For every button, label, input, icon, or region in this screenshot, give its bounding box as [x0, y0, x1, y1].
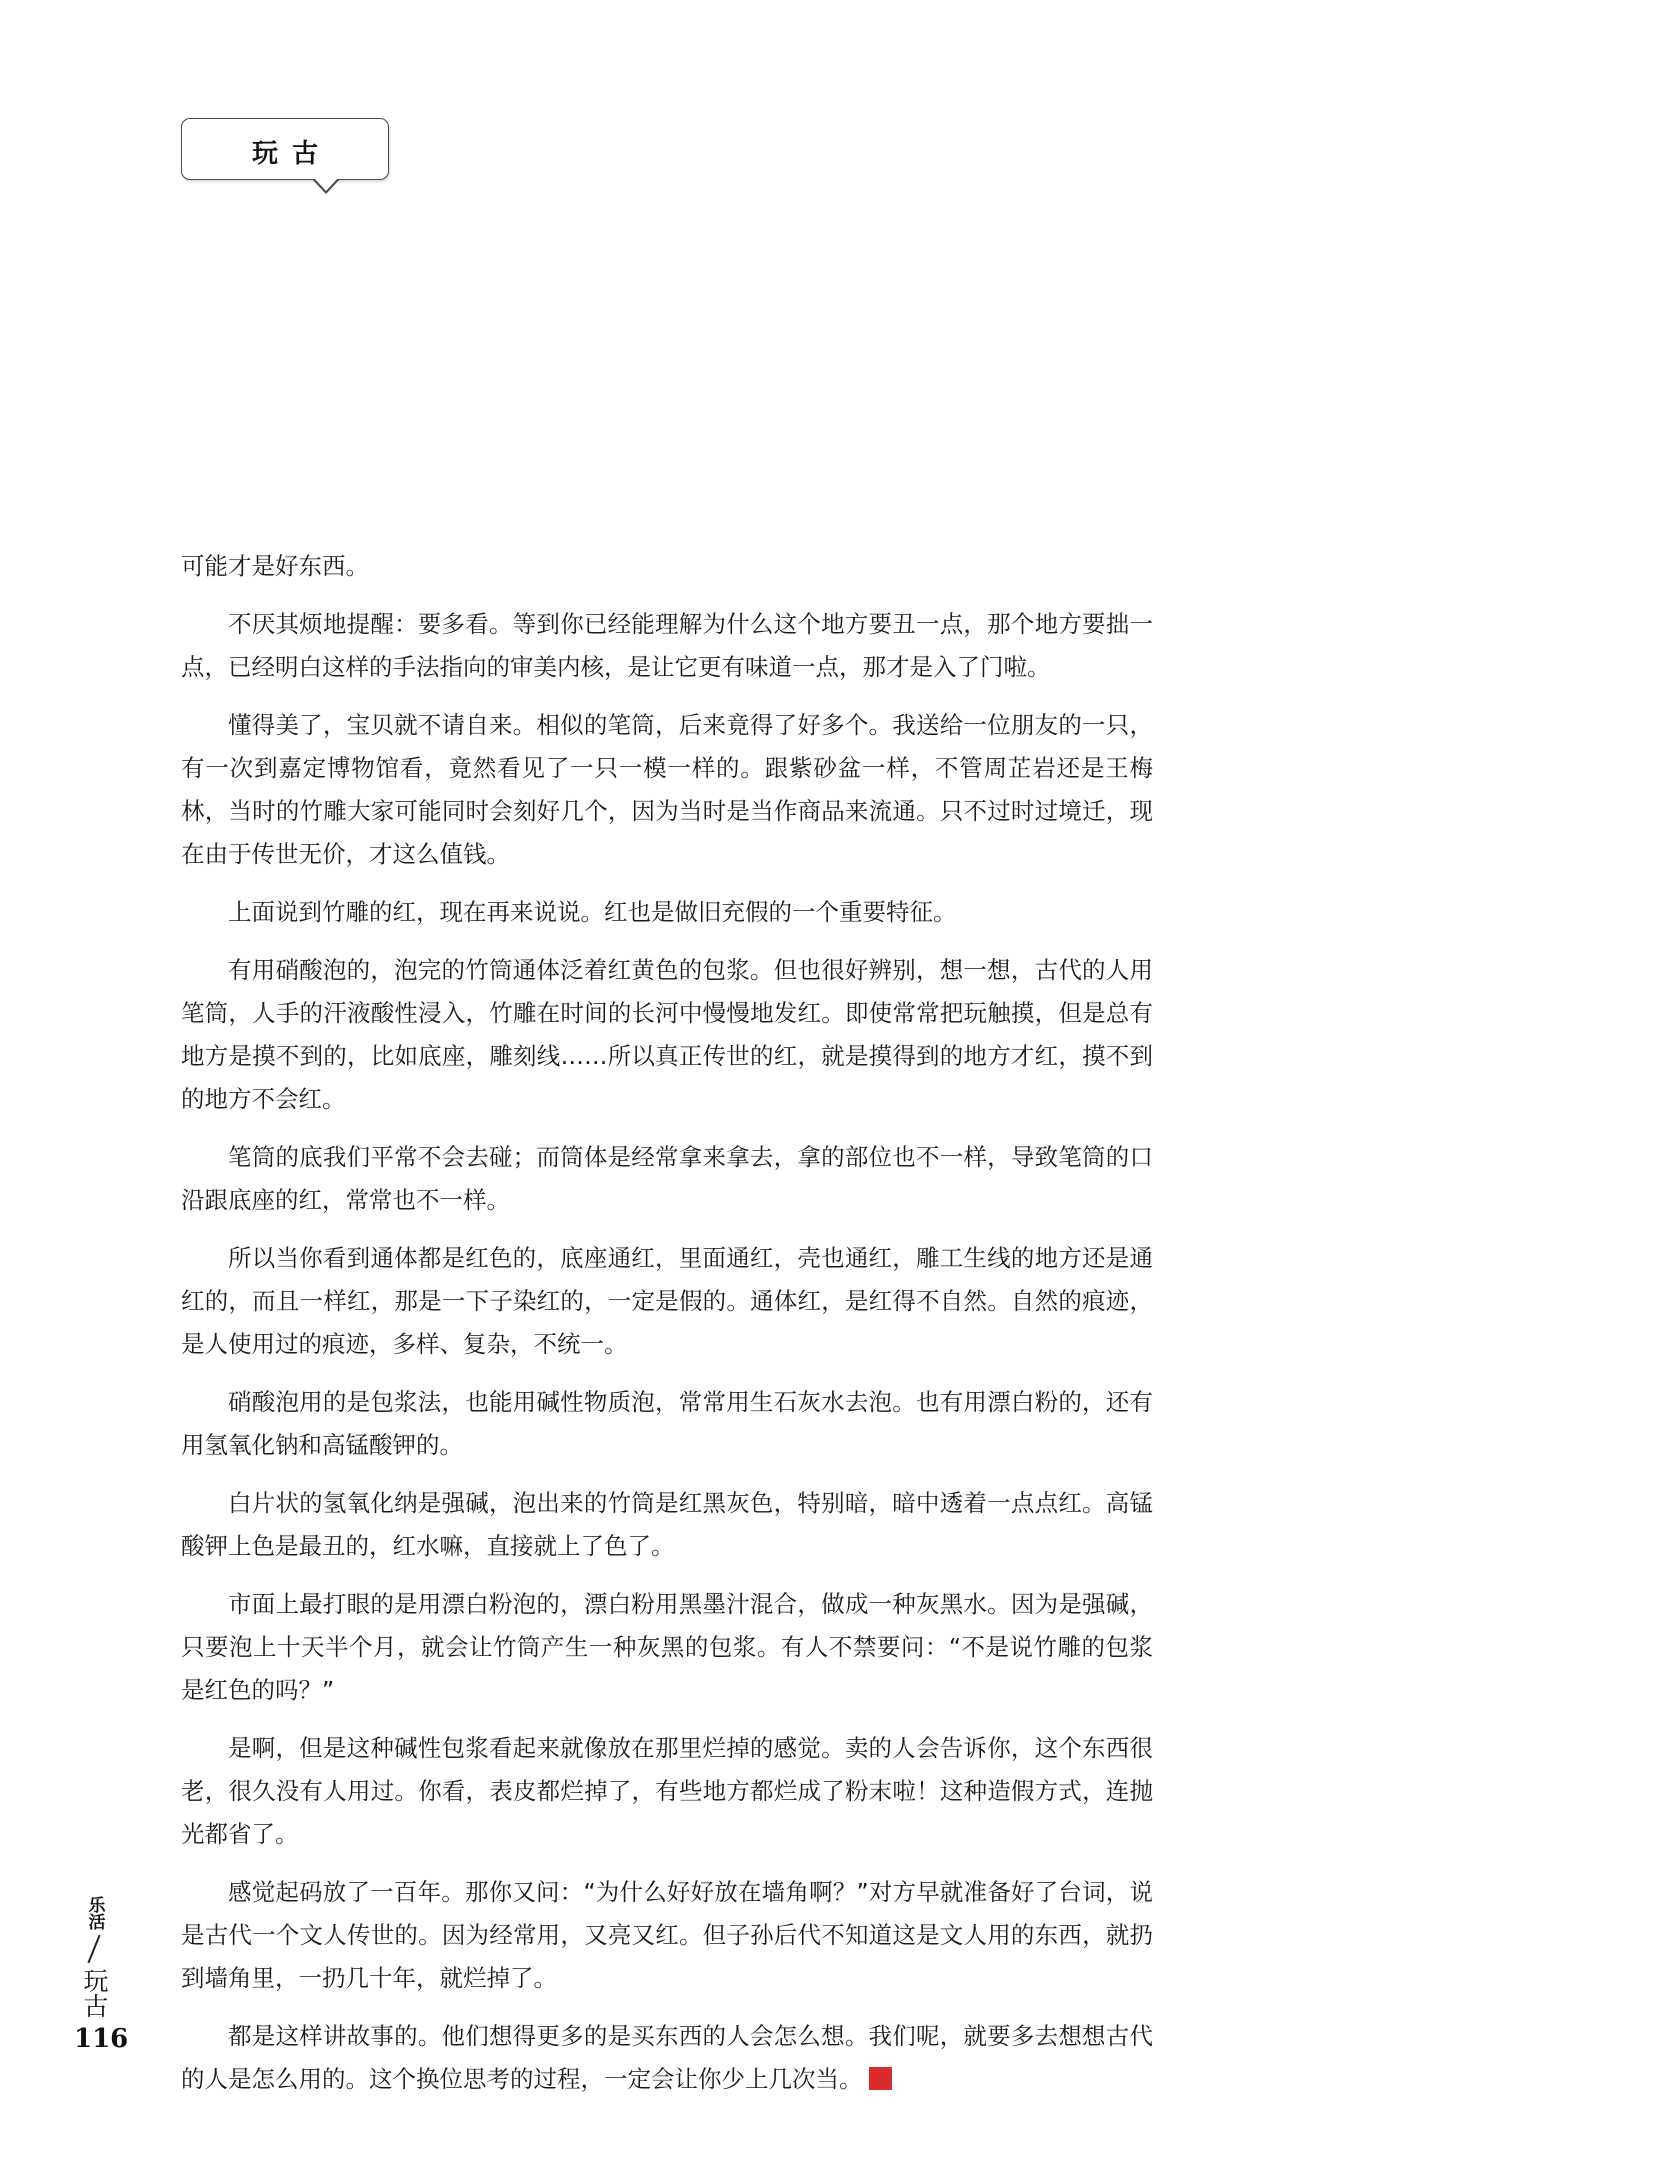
section-tab: 玩古	[181, 118, 389, 180]
tab-pointer-fill	[314, 178, 338, 191]
paragraph: 感觉起码放了一百年。那你又问：“为什么好好放在墙角啊？”对方早就准备好了台词，说…	[181, 1871, 1153, 2000]
chapter-label: 玩古	[80, 1968, 108, 2018]
article-body: 可能才是好东西。 不厌其烦地提醒：要多看。等到你已经能理解为什么这个地方要丑一点…	[181, 545, 1153, 2116]
paragraph-text: 都是这样讲故事的。他们想得更多的是买东西的人会怎么想。我们呢，就要多去想想古代的…	[181, 2022, 1153, 2093]
paragraph: 有用硝酸泡的，泡完的竹筒通体泛着红黄色的包浆。但也很好辨别，想一想，古代的人用笔…	[181, 949, 1153, 1121]
paragraph: 是啊，但是这种碱性包浆看起来就像放在那里烂掉的感觉。卖的人会告诉你，这个东西很老…	[181, 1727, 1153, 1856]
section-tab-label: 玩古	[182, 133, 388, 170]
series-label: 乐活	[85, 1896, 104, 1930]
paragraph: 上面说到竹雕的红，现在再来说说。红也是做旧充假的一个重要特征。	[181, 891, 1153, 934]
end-mark-icon	[869, 2067, 892, 2090]
paragraph: 所以当你看到通体都是红色的，底座通红，里面通红，壳也通红，雕工生线的地方还是通红…	[181, 1237, 1153, 1366]
paragraph: 市面上最打眼的是用漂白粉泡的，漂白粉用黑墨汁混合，做成一种灰黑水。因为是强碱，只…	[181, 1583, 1153, 1712]
last-paragraph: 都是这样讲故事的。他们想得更多的是买东西的人会怎么想。我们呢，就要多去想想古代的…	[181, 2015, 1153, 2101]
paragraph: 懂得美了，宝贝就不请自来。相似的笔筒，后来竟得了好多个。我送给一位朋友的一只，有…	[181, 704, 1153, 876]
paragraph: 笔筒的底我们平常不会去碰；而筒体是经常拿来拿去，拿的部位也不一样，导致笔筒的口沿…	[181, 1136, 1153, 1222]
paragraph: 硝酸泡用的是包浆法，也能用碱性物质泡，常常用生石灰水去泡。也有用漂白粉的，还有用…	[181, 1381, 1153, 1467]
paragraph: 可能才是好东西。	[181, 545, 1153, 588]
divider-slash	[87, 1935, 100, 1964]
page-number: 116	[74, 2024, 118, 2054]
paragraph: 不厌其烦地提醒：要多看。等到你已经能理解为什么这个地方要丑一点，那个地方要拙一点…	[181, 603, 1153, 689]
running-section-label: 乐活 玩古	[78, 1896, 110, 2018]
paragraph: 白片状的氢氧化纳是强碱，泡出来的竹筒是红黑灰色，特别暗，暗中透着一点点红。高锰酸…	[181, 1482, 1153, 1568]
